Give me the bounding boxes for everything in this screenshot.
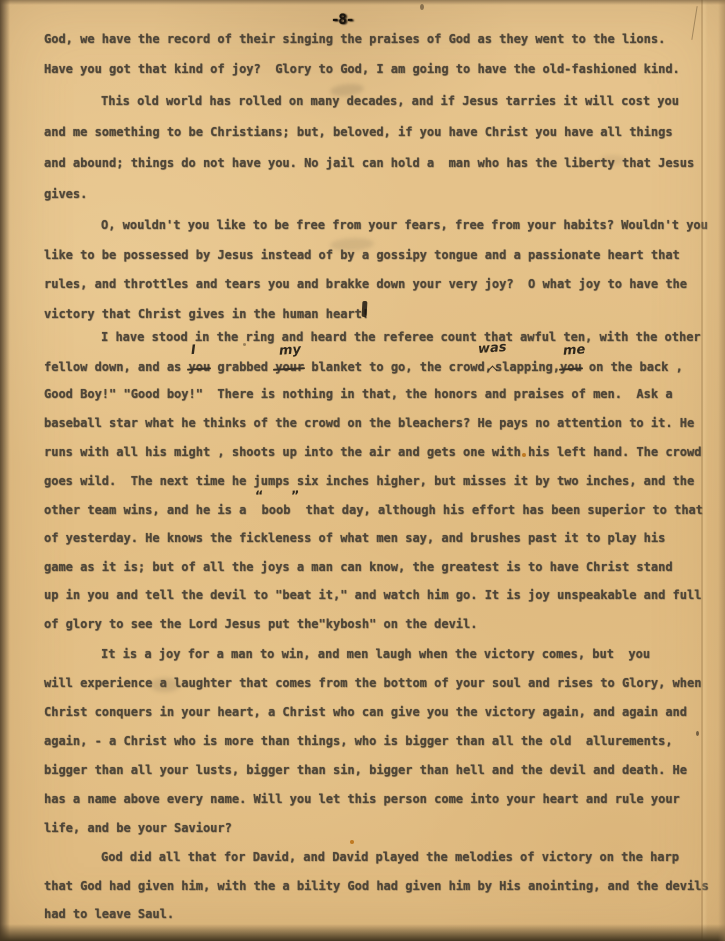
- typed-line: Christ conquers in your heart, a Christ …: [44, 705, 687, 722]
- handwritten-correction: my: [278, 342, 301, 359]
- typed-line: runs with all his might , shoots up into…: [44, 445, 701, 462]
- paper-edge-top: [0, 0, 725, 5]
- typed-text: your: [275, 360, 304, 374]
- typed-text: you: [189, 360, 211, 374]
- typed-text: gives.: [44, 187, 87, 201]
- typed-line: O, wouldn't you like to be free from you…: [44, 218, 708, 235]
- typed-text: boob: [262, 503, 291, 517]
- smudge-mark: [600, 155, 626, 165]
- typed-text: I have stood in the ring and heard the r…: [101, 330, 701, 344]
- typed-line: I have stood in the ring and heard the r…: [44, 330, 701, 347]
- typed-line: has a name above every name. Will you le…: [44, 792, 680, 809]
- paper-edge-bottom: [0, 924, 725, 941]
- handwritten-quote: ”: [291, 489, 300, 504]
- typed-line: and me something to be Christians; but, …: [44, 125, 673, 142]
- typed-text: goes wild. The next time he jumps six in…: [44, 474, 694, 488]
- typed-text: bigger than all your lusts, bigger than …: [44, 763, 687, 777]
- paper-speck: [522, 453, 526, 457]
- typed-text: that day, although his effort has been s…: [298, 503, 703, 517]
- typed-text: O, wouldn't you like to be free from you…: [101, 218, 708, 232]
- typed-text: blanket to go, the crowd,: [304, 360, 492, 374]
- handwritten-correction: me: [562, 342, 585, 359]
- typed-text: Good Boy!" "Good boy!" There is nothing …: [44, 387, 673, 401]
- typed-line: that God had given him, with the a bilit…: [44, 879, 709, 896]
- typed-text: again, - a Christ who is more than thing…: [44, 734, 673, 748]
- typed-text: of yesterday. He knows the fickleness of…: [44, 531, 665, 545]
- handwritten-quote-mark: ”: [290, 502, 298, 514]
- paper-edge-right: [718, 0, 725, 941]
- typed-line: and abound; things do not have you. No j…: [44, 156, 694, 173]
- ink-blot: [362, 301, 368, 317]
- handwritten-correction: I: [191, 343, 197, 358]
- typed-text: had to leave Saul.: [44, 907, 174, 921]
- typed-text: victory that Christ gives in the human h…: [44, 307, 369, 321]
- handwritten-quote: “: [254, 489, 263, 504]
- paper-speck: [350, 840, 354, 844]
- typed-line: of glory to see the Lord Jesus put the"k…: [44, 617, 477, 634]
- typed-line: again, - a Christ who is more than thing…: [44, 734, 673, 751]
- typed-text: God did all that for David, and David pl…: [101, 850, 679, 864]
- typed-text: on the back ,: [582, 360, 683, 374]
- typed-text: has a name above every name. Will you le…: [44, 792, 680, 806]
- typed-text: of glory to see the Lord Jesus put the"k…: [44, 617, 477, 631]
- typed-line: This old world has rolled on many decade…: [44, 94, 679, 111]
- typed-text: fellow down, and as: [44, 360, 189, 374]
- smudge-mark: [150, 678, 180, 692]
- struck-word: youI: [189, 360, 211, 374]
- handwritten-insertion-caret: was: [492, 359, 495, 371]
- typed-text: This old world has rolled on many decade…: [101, 94, 679, 108]
- typed-text: Have you got that kind of joy? Glory to …: [44, 62, 680, 76]
- typed-text: and me something to be Christians; but, …: [44, 125, 673, 139]
- typed-text: slapping,: [495, 360, 560, 374]
- typed-line: had to leave Saul.: [44, 907, 174, 924]
- typed-line: baseball star what he thinks of the crow…: [44, 416, 694, 433]
- paper-edge-left: [0, 0, 10, 941]
- typed-text: you: [560, 360, 582, 374]
- paper-crack: [691, 6, 697, 40]
- manuscript-page: -8- God, we have the record of their sin…: [0, 0, 725, 941]
- typed-line: like to be possessed by Jesus instead of…: [44, 248, 680, 265]
- typed-line: fellow down, and as youI grabbed yourmy …: [44, 359, 683, 376]
- typed-line: rules, and throttles and tears you and b…: [44, 277, 687, 294]
- typed-line: Good Boy!" "Good boy!" There is nothing …: [44, 387, 673, 404]
- typed-line: God, we have the record of their singing…: [44, 32, 665, 49]
- typed-text: game as it is; but of all the joys a man…: [44, 560, 673, 574]
- page-number: -8-: [331, 12, 353, 28]
- typed-line: up in you and tell the devil to "beat it…: [44, 588, 701, 605]
- typed-text: that God had given him, with the a bilit…: [44, 879, 709, 893]
- typed-line: gives.: [44, 187, 87, 204]
- typed-line: bigger than all your lusts, bigger than …: [44, 763, 687, 780]
- typed-text: grabbed: [210, 360, 275, 374]
- typed-text: other team wins, and he is a: [44, 503, 254, 517]
- typed-line: life, and be your Saviour?: [44, 821, 232, 838]
- struck-word: yourmy: [275, 360, 304, 374]
- handwritten-insertion: was: [477, 340, 507, 357]
- typed-text: runs with all his might , shoots up into…: [44, 445, 701, 459]
- typed-text: baseball star what he thinks of the crow…: [44, 416, 694, 430]
- typed-text: rules, and throttles and tears you and b…: [44, 277, 687, 291]
- typed-line: victory that Christ gives in the human h…: [44, 307, 369, 324]
- typed-text: Christ conquers in your heart, a Christ …: [44, 705, 687, 719]
- typed-line: Have you got that kind of joy? Glory to …: [44, 62, 680, 79]
- paper-speck: [243, 343, 246, 346]
- typed-line: goes wild. The next time he jumps six in…: [44, 474, 694, 491]
- typed-text: God, we have the record of their singing…: [44, 32, 665, 46]
- typed-text: and abound; things do not have you. No j…: [44, 156, 694, 170]
- typed-line: It is a joy for a man to win, and men la…: [44, 647, 650, 664]
- typed-text: It is a joy for a man to win, and men la…: [101, 647, 650, 661]
- typed-text: will experience a laughter that comes fr…: [44, 676, 701, 690]
- typed-line: God did all that for David, and David pl…: [44, 850, 679, 867]
- paper-speck: [696, 731, 699, 736]
- typed-line: game as it is; but of all the joys a man…: [44, 560, 673, 577]
- paper-crease: [701, 0, 703, 941]
- typed-text: life, and be your Saviour?: [44, 821, 232, 835]
- handwritten-quote-mark: “: [254, 502, 262, 514]
- typed-text: like to be possessed by Jesus instead of…: [44, 248, 680, 262]
- typed-line: other team wins, and he is a “boob” that…: [44, 502, 703, 519]
- typed-line: will experience a laughter that comes fr…: [44, 676, 701, 693]
- struck-word: youme: [560, 360, 582, 374]
- typed-text: up in you and tell the devil to "beat it…: [44, 588, 701, 602]
- typed-line: of yesterday. He knows the fickleness of…: [44, 531, 665, 548]
